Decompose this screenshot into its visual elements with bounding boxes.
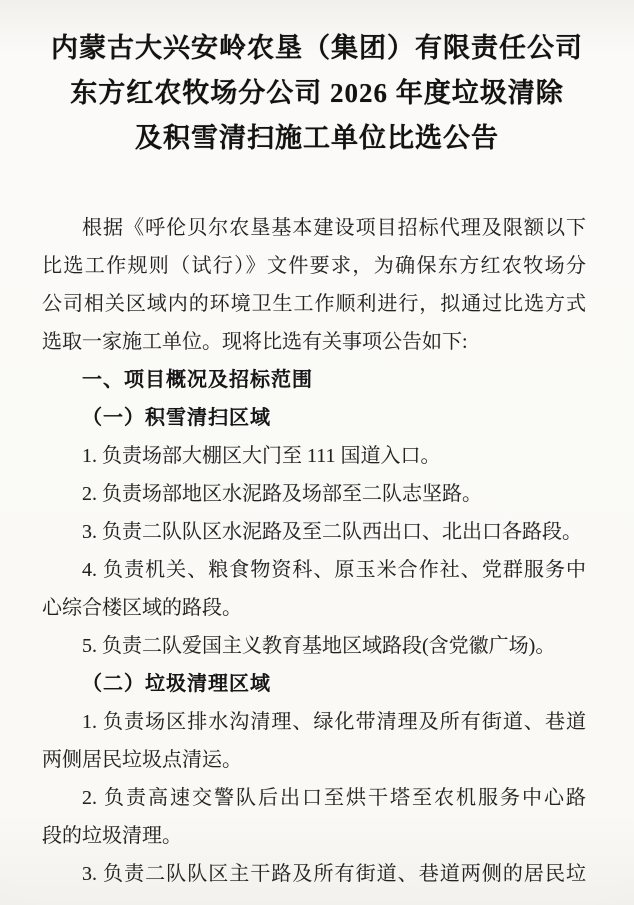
title-line-2: 东方红农牧场分公司 2026 年度垃圾清除 [0, 71, 634, 116]
snow-area-item-4-line-2: 心综合楼区域的路段。 [42, 589, 586, 627]
intro-paragraph-line-4: 选取一家施工单位。现将比选有关事项公告如下: [42, 323, 586, 361]
snow-area-item-5: 5. 负责二队爱国主义教育基地区域路段(含党徽广场)。 [42, 627, 586, 665]
garbage-area-item-2-line-1: 2. 负责高速交警队后出口至烘干塔至农机服务中心路 [42, 779, 586, 817]
intro-paragraph-line-3: 公司相关区域内的环境卫生工作顺利进行，拟通过比选方式 [42, 285, 586, 323]
subsection-heading-snow-clearing-area: （一）积雪清扫区域 [42, 399, 586, 437]
intro-paragraph-line-1: 根据《呼伦贝尔农垦基本建设项目招标代理及限额以下 [42, 209, 586, 247]
subsection-heading-garbage-clearing-area: （二）垃圾清理区域 [42, 665, 586, 703]
scanned-announcement-page: 内蒙古大兴安岭农垦（集团）有限责任公司 东方红农牧场分公司 2026 年度垃圾清… [0, 0, 634, 905]
garbage-area-item-1-line-1: 1. 负责场区排水沟清理、绿化带清理及所有街道、巷道 [42, 703, 586, 741]
intro-paragraph-line-2: 比选工作规则（试行）》文件要求，为确保东方红农牧场分 [42, 247, 586, 285]
document-title: 内蒙古大兴安岭农垦（集团）有限责任公司 东方红农牧场分公司 2026 年度垃圾清… [0, 26, 634, 161]
title-line-1: 内蒙古大兴安岭农垦（集团）有限责任公司 [0, 26, 634, 71]
document-body: 根据《呼伦贝尔农垦基本建设项目招标代理及限额以下 比选工作规则（试行）》文件要求… [0, 209, 634, 893]
garbage-area-item-2-line-2: 段的垃圾清理。 [42, 817, 586, 855]
snow-area-item-2: 2. 负责场部地区水泥路及场部至二队志坚路。 [42, 475, 586, 513]
section-heading-project-overview: 一、项目概况及招标范围 [42, 361, 586, 399]
snow-area-item-3: 3. 负责二队队区水泥路及至二队西出口、北出口各路段。 [42, 513, 586, 551]
garbage-area-item-1-line-2: 两侧居民垃圾点清运。 [42, 741, 586, 779]
snow-area-item-1: 1. 负责场部大棚区大门至 111 国道入口。 [42, 437, 586, 475]
title-line-3: 及积雪清扫施工单位比选公告 [0, 116, 634, 161]
snow-area-item-4-line-1: 4. 负责机关、粮食物资科、原玉米合作社、党群服务中 [42, 551, 586, 589]
garbage-area-item-3-line-1: 3. 负责二队队区主干路及所有街道、巷道两侧的居民垃 [42, 855, 586, 893]
